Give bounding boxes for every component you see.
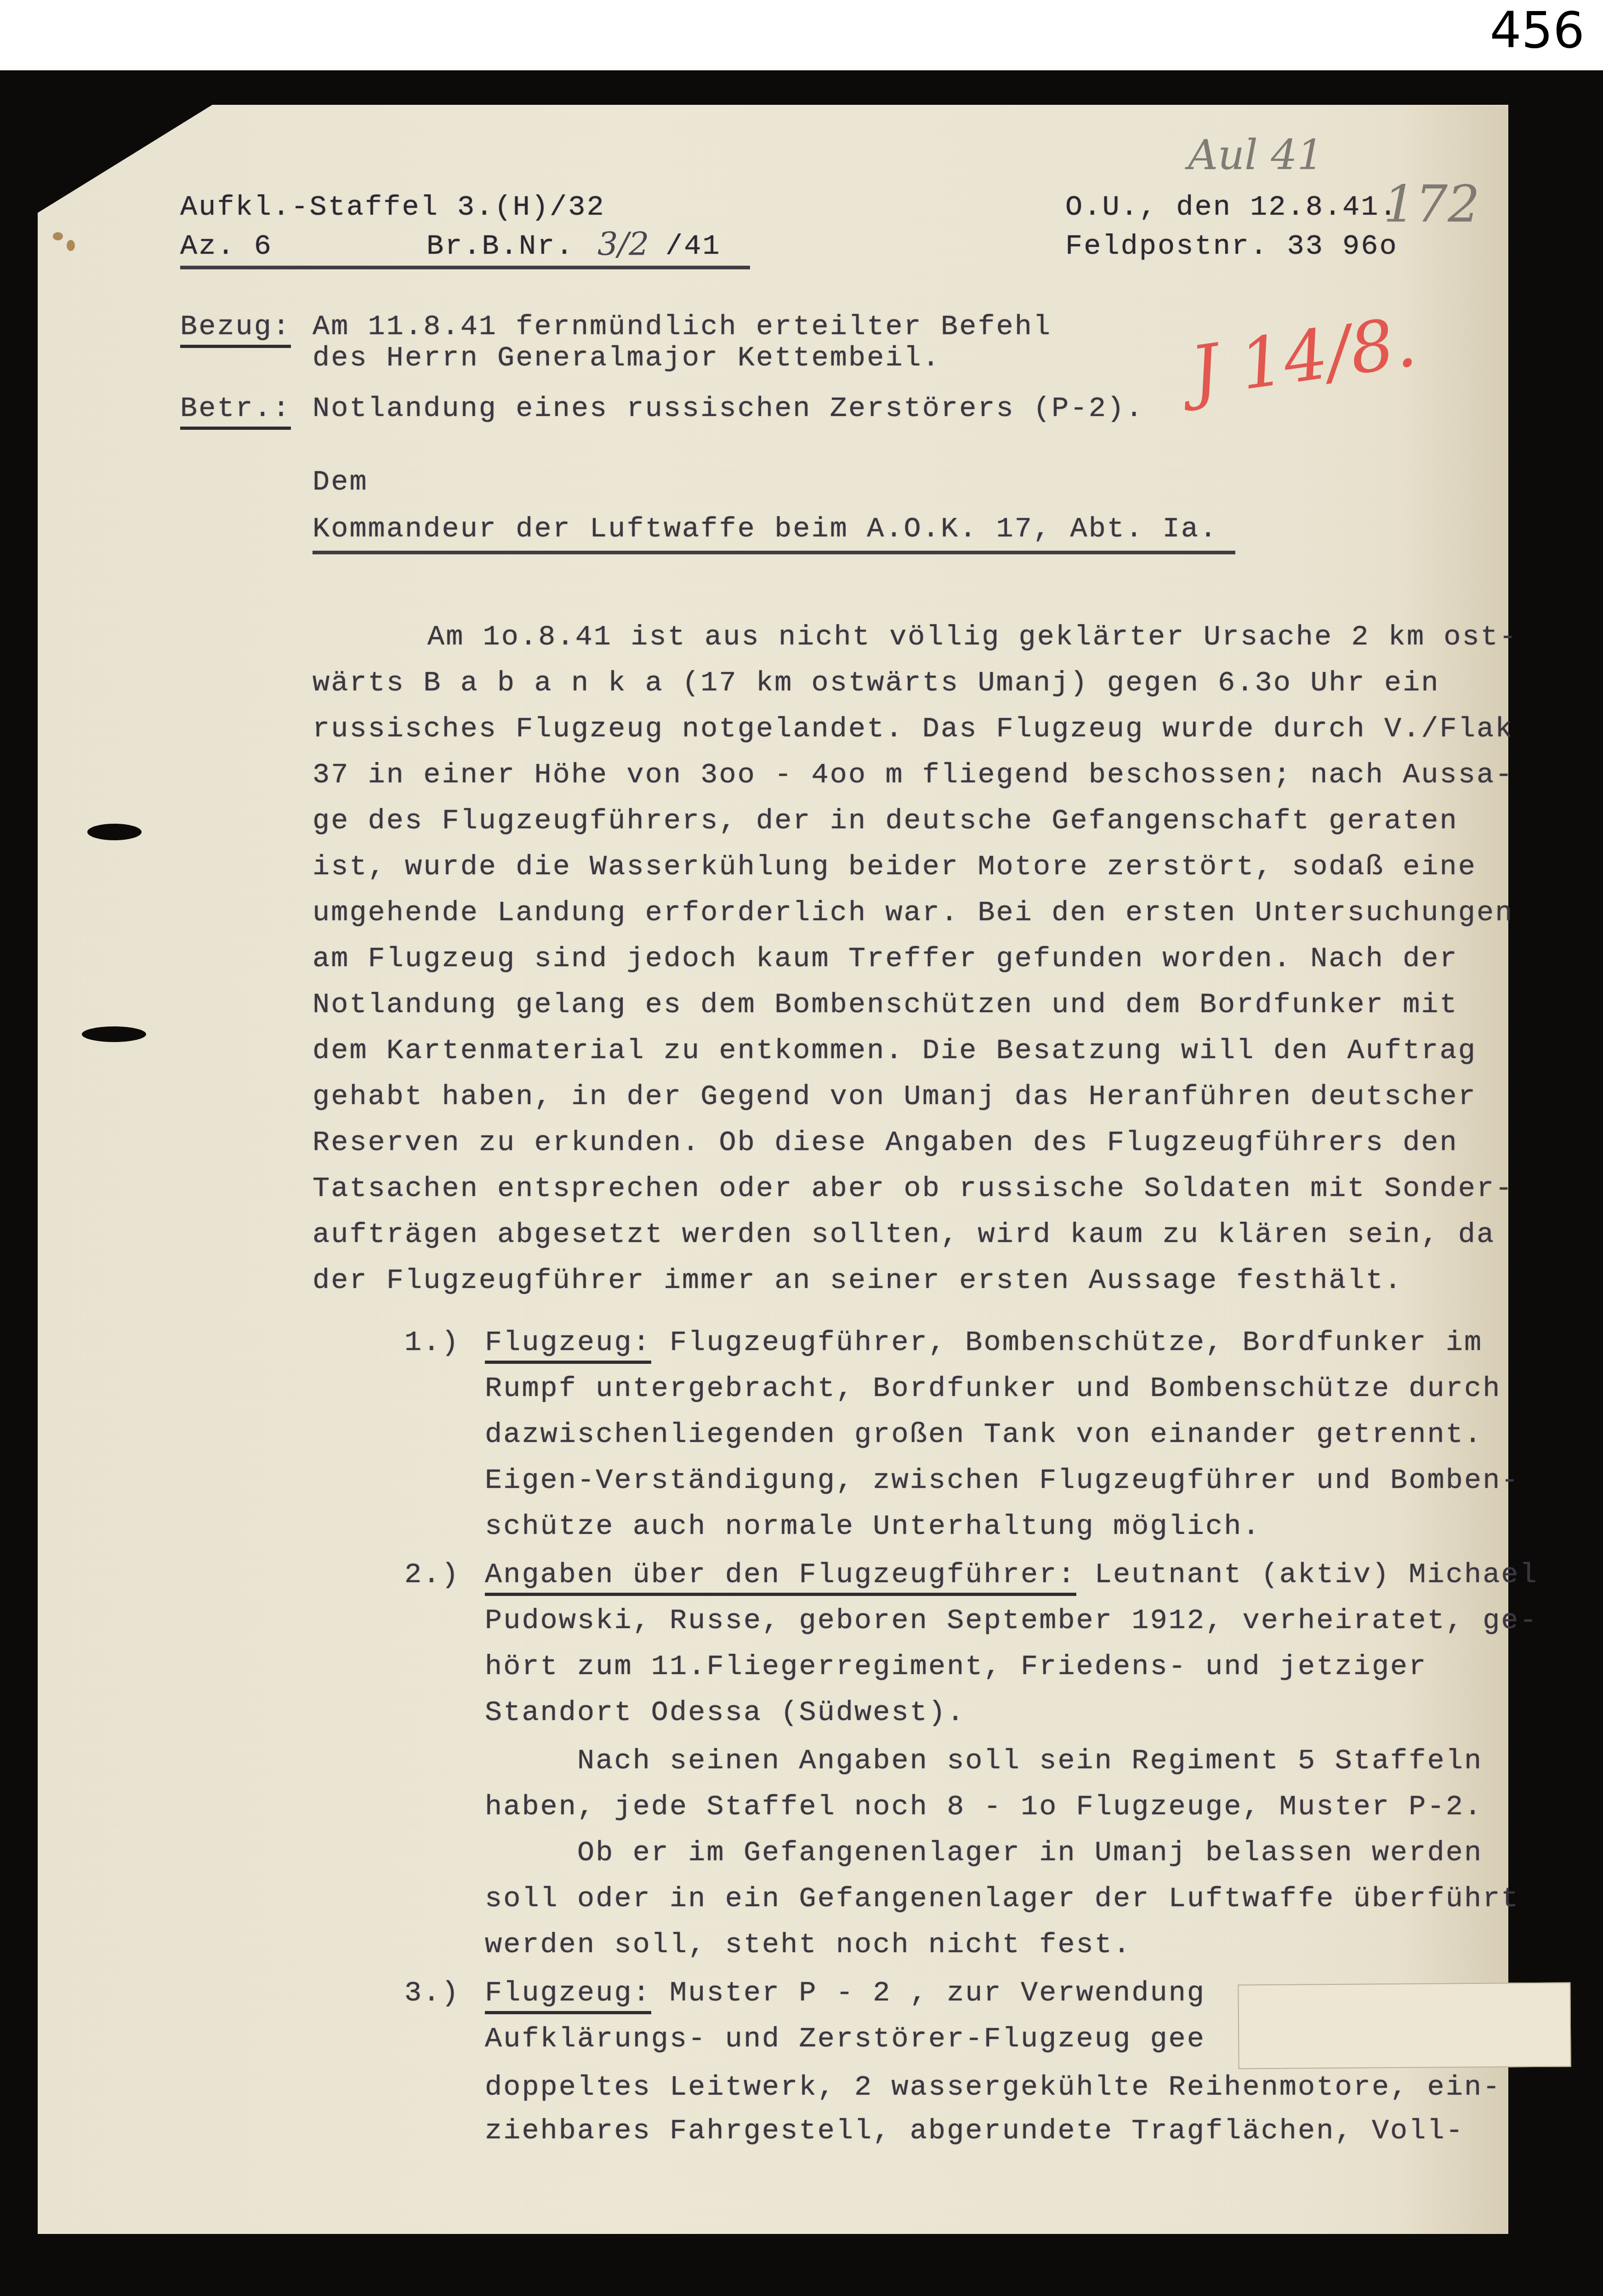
pencil-folio-number: 172 (1383, 175, 1480, 234)
pencil-annotation-top: Aul 41 (1188, 131, 1324, 179)
body-line: ist, wurde die Wasserkühlung beider Moto… (313, 853, 1477, 881)
unit-designation: Aufkl.-Staffel 3.(H)/32 (180, 193, 605, 222)
item-2-line: Nach seinen Angaben soll sein Regiment 5… (485, 1747, 1483, 1775)
item-3-first-line: Flugzeug: Muster P - 2 , zur Verwendung (485, 1979, 1205, 2007)
body-line: wärts B a b a n k a (17 km ostwärts Uman… (313, 669, 1440, 697)
brb-label: Br.B.Nr. (426, 232, 574, 261)
item-2-first-line: Angaben über den Flugzeugführer: Leutnan… (485, 1561, 1538, 1589)
item-1-line: Rumpf untergebracht, Bordfunker und Bomb… (485, 1374, 1501, 1403)
item-2-line: Pudowski, Russe, geboren September 1912,… (485, 1607, 1538, 1635)
item-1-number: 1.) (404, 1328, 460, 1357)
body-line: umgehende Landung erforderlich war. Bei … (313, 899, 1513, 927)
bezug-line-1: Am 11.8.41 fernmündlich erteilter Befehl (313, 313, 1052, 341)
body-line: am Flugzeug sind jedoch kaum Treffer gef… (313, 945, 1458, 973)
item-3-line: doppeltes Leitwerk, 2 wassergekühlte Rei… (485, 2073, 1501, 2102)
item-3-number: 3.) (404, 1979, 460, 2007)
body-line: dem Kartenmaterial zu entkommen. Die Bes… (313, 1037, 1477, 1065)
item-2-line: Standort Odessa (Südwest). (485, 1698, 965, 1727)
bezug-line-2: des Herrn Generalmajor Kettembeil. (313, 344, 941, 372)
body-line: ge des Flugzeugführers, der in deutsche … (313, 807, 1458, 835)
item-1-line: dazwischenliegenden großen Tank von eina… (485, 1420, 1483, 1449)
betr-label: Betr.: (180, 394, 291, 423)
item-1-line: Eigen-Verständigung, zwischen Flugzeugfü… (485, 1466, 1520, 1495)
item-3-line: ziehbares Fahrgestell, abgerundete Tragf… (485, 2117, 1464, 2145)
body-line: Am 1o.8.41 ist aus nicht völlig geklärte… (427, 623, 1518, 651)
item-3-heading: Flugzeug: (485, 1977, 651, 2014)
rust-stain (67, 240, 75, 251)
punch-hole-top (87, 824, 142, 840)
item-1-line: schütze auch normale Unterhaltung möglic… (485, 1512, 1261, 1541)
item-3-line: Aufklärungs- und Zerstörer-Flugzeug gee (485, 2025, 1205, 2053)
page-number: 456 (1490, 4, 1585, 58)
item-2-number: 2.) (404, 1561, 460, 1589)
betr-label-text: Betr.: (180, 392, 291, 430)
betr-subject: Notlandung eines russischen Zerstörers (… (313, 394, 1144, 423)
az-reference: Az. 6 (180, 232, 273, 261)
bezug-label-text: Bezug: (180, 310, 291, 348)
item-1-first-line: Flugzeug: Flugzeugführer, Bombenschütze,… (485, 1328, 1483, 1357)
item-2-line: soll oder in ein Gefangenenlager der Luf… (485, 1885, 1520, 1913)
item-2-line: haben, jede Staffel noch 8 - 1o Flugzeug… (485, 1793, 1483, 1821)
body-line: Tatsachen entsprechen oder aber ob russi… (313, 1174, 1513, 1203)
item-1-first-line-text: Flugzeugführer, Bombenschütze, Bordfunke… (651, 1326, 1483, 1359)
item-3-first-line-text: Muster P - 2 , zur Verwendung (651, 1977, 1205, 2009)
body-line: Reserven zu erkunden. Ob diese Angaben d… (313, 1128, 1458, 1157)
brb-number-handwritten: 3/2 (597, 225, 649, 263)
place-date: O.U., den 12.8.41. (1065, 193, 1398, 222)
rust-stain (53, 232, 63, 240)
item-2-line: Ob er im Gefangenenlager in Umanj belass… (485, 1839, 1483, 1867)
feldpost-number: Feldpostnr. 33 96o (1065, 232, 1398, 261)
item-2-heading: Angaben über den Flugzeugführer: (485, 1558, 1076, 1596)
paper-tape-strip (1238, 1982, 1571, 2069)
bezug-label: Bezug: (180, 313, 291, 341)
addressee-rule (313, 551, 1235, 554)
brb-year: /41 (665, 232, 721, 261)
body-line: aufträgen abgesetzt werden sollten, wird… (313, 1220, 1495, 1249)
item-1-heading: Flugzeug: (485, 1326, 651, 1364)
header-rule (180, 266, 750, 269)
item-2-line: werden soll, steht noch nicht fest. (485, 1931, 1131, 1959)
body-line: russisches Flugzeug notgelandet. Das Flu… (313, 715, 1513, 743)
body-line: Notlandung gelang es dem Bombenschützen … (313, 991, 1458, 1019)
addressee: Kommandeur der Luftwaffe beim A.O.K. 17,… (313, 515, 1218, 543)
salutation: Dem (313, 468, 368, 496)
punch-hole-bottom (82, 1026, 146, 1042)
body-line: 37 in einer Höhe von 3oo - 4oo m fliegen… (313, 761, 1513, 789)
item-2-first-line-text: Leutnant (aktiv) Michael (1076, 1558, 1538, 1591)
item-2-line: hört zum 11.Fliegerregiment, Friedens- u… (485, 1652, 1427, 1681)
body-line: der Flugzeugführer immer an seiner erste… (313, 1266, 1403, 1295)
body-line: gehabt haben, in der Gegend von Umanj da… (313, 1082, 1477, 1111)
